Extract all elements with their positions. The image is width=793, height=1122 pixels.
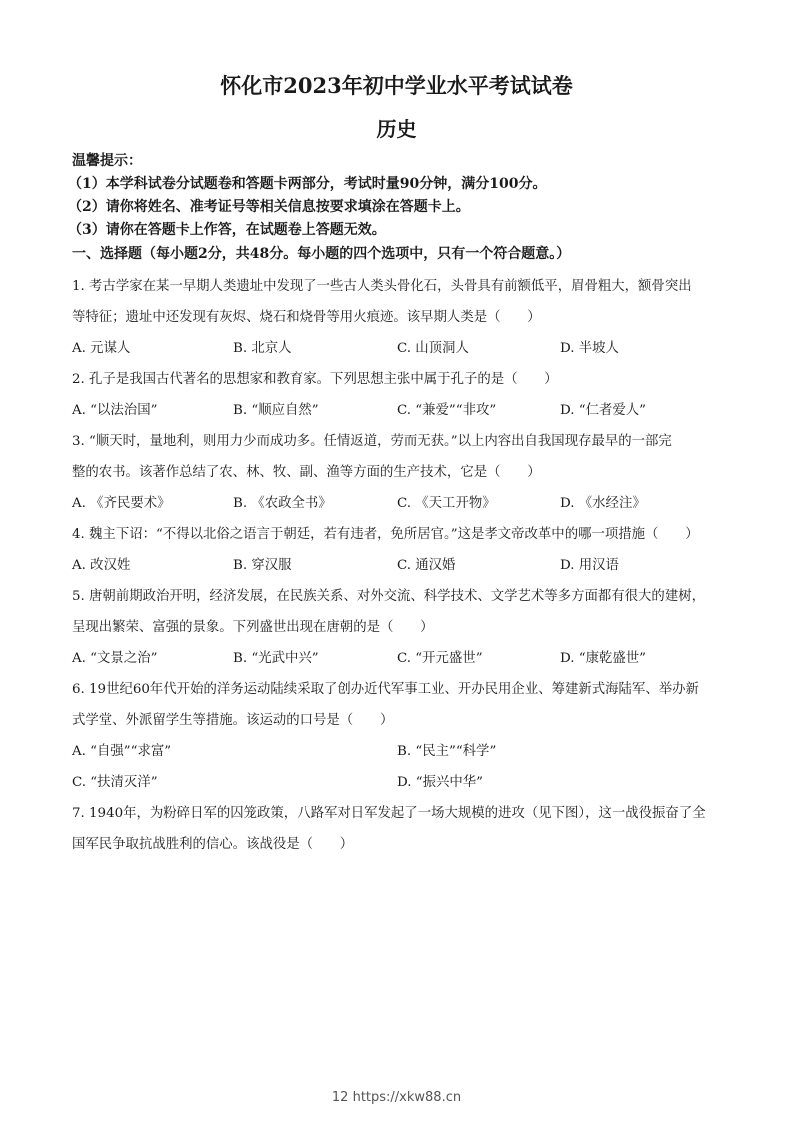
exam-title: 怀化市2023年初中学业水平考试试卷 — [0, 70, 793, 100]
option-b: B. 北京人 — [233, 337, 292, 356]
question-text: 5. 唐朝前期政治开明，经济发展，在民族关系、对外交流、科学技术、文学艺术等多方… — [72, 585, 705, 604]
question-text: 整的农书。该著作总结了农、林、牧、副、渔等方面的生产技术，它是（ ） — [72, 461, 541, 480]
option-c: C. 通汉婚 — [397, 554, 455, 573]
option-a: A. “自强”“求富” — [72, 740, 171, 759]
option-d: D. 半坡人 — [560, 337, 619, 356]
option-d: D. 《水经注》 — [560, 492, 646, 511]
question-text: 国军民争取抗战胜利的信心。该战役是（ ） — [72, 833, 353, 852]
option-a: A. 元谋人 — [72, 337, 130, 356]
notice-item: （1）本学科试卷分试题卷和答题卡两部分，考试时量90分钟，满分100分。 — [68, 173, 546, 193]
notice-item: （2）请你将姓名、准考证号等相关信息按要求填涂在答题卡上。 — [68, 196, 470, 216]
option-a: A. “文景之治” — [72, 647, 157, 666]
option-b: B. “民主”“科学” — [397, 740, 496, 759]
page-footer: 12 https://xkw88.cn — [0, 1090, 793, 1105]
option-a: A. 改汉姓 — [72, 554, 130, 573]
option-b: B. “光武中兴” — [233, 647, 319, 666]
option-a: A. 《齐民要术》 — [72, 492, 171, 511]
option-c: C. “兼爱”“非攻” — [397, 399, 496, 418]
question-text: 等特征；遗址中还发现有灰烬、烧石和烧骨等用火痕迹。该早期人类是（ ） — [72, 306, 541, 325]
notice-heading: 温馨提示： — [72, 150, 142, 170]
question-text: 2. 孔子是我国古代著名的思想家和教育家。下列思想主张中属于孔子的是（ ） — [72, 368, 558, 387]
question-text: 4. 魏主下诏：“不得以北俗之语言于朝廷，若有违者，免所居官。”这是孝文帝改革中… — [72, 523, 699, 542]
subject-title: 历史 — [0, 113, 793, 142]
option-d: D. “振兴中华” — [397, 771, 483, 790]
option-d: D. “仁者爱人” — [560, 399, 646, 418]
option-c: C. “扶清灭洋” — [72, 771, 158, 790]
question-text: 6. 19世纪60年代开始的洋务运动陆续采取了创办近代军事工业、开办民用企业、筹… — [72, 678, 699, 697]
question-text: 1. 考古学家在某一早期人类遗址中发现了一些古人类头骨化石，头骨具有前额低平，眉… — [72, 275, 692, 294]
option-d: D. “康乾盛世” — [560, 647, 646, 666]
question-text: 式学堂、外派留学生等措施。该运动的口号是（ ） — [72, 709, 393, 728]
question-text: 呈现出繁荣、富强的景象。下列盛世出现在唐朝的是（ ） — [72, 616, 434, 635]
option-a: A. “以法治国” — [72, 399, 157, 418]
option-b: B. 《农政全书》 — [233, 492, 332, 511]
option-b: B. 穿汉服 — [233, 554, 292, 573]
option-b: B. “顺应自然” — [233, 399, 319, 418]
option-c: C. “开元盛世” — [397, 647, 483, 666]
exam-page: 怀化市2023年初中学业水平考试试卷 历史 温馨提示： （1）本学科试卷分试题卷… — [0, 0, 793, 1122]
option-c: C. 山顶洞人 — [397, 337, 469, 356]
section-heading: 一、选择题（每小题2分，共48分。每小题的四个选项中，只有一个符合题意。） — [72, 243, 570, 263]
option-d: D. 用汉语 — [560, 554, 619, 573]
question-text: 7. 1940年，为粉碎日军的囚笼政策，八路军对日军发起了一场大规模的进攻（见下… — [72, 802, 706, 821]
question-text: 3. “顺天时，量地利，则用力少而成功多。任情返道，劳而无获。”以上内容出自我国… — [72, 430, 672, 449]
option-c: C. 《天工开物》 — [397, 492, 496, 511]
notice-item: （3）请你在答题卡上作答，在试题卷上答题无效。 — [68, 219, 386, 239]
